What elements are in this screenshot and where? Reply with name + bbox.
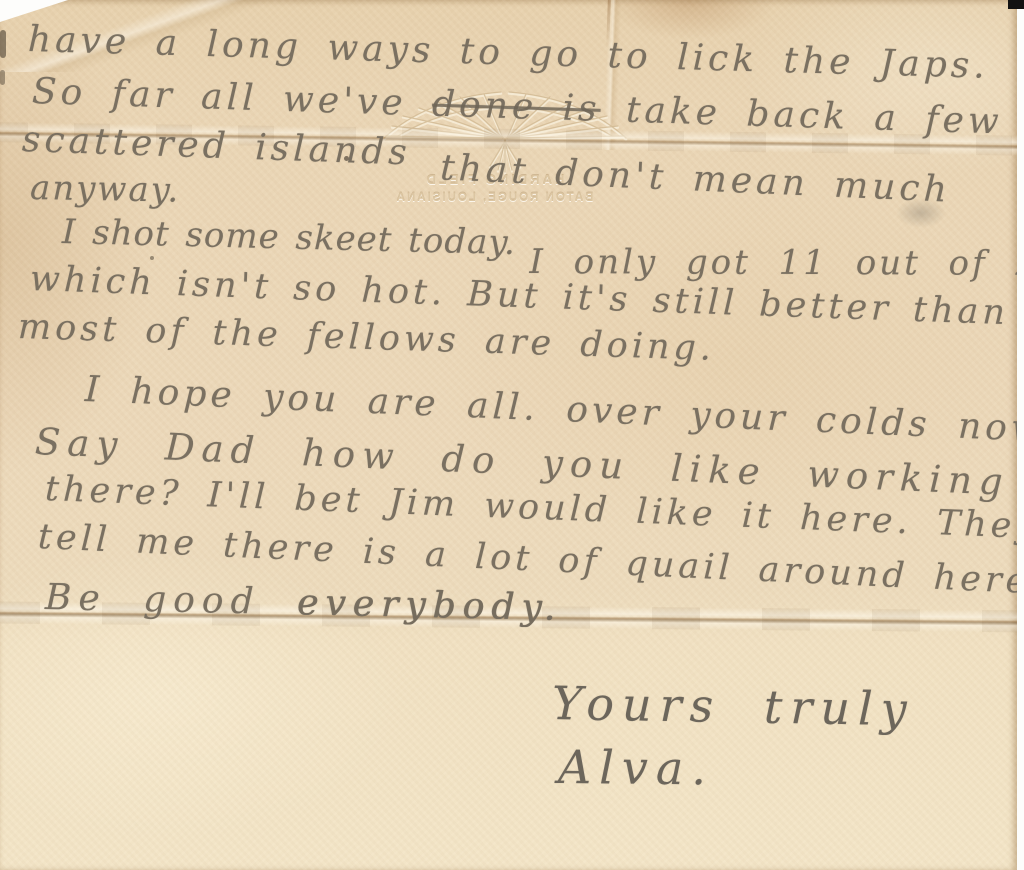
scan-corner-mark: [1008, 0, 1024, 9]
handwritten-line: anyway.: [30, 168, 181, 211]
valediction: Yours truly: [552, 676, 916, 738]
overwritten-text: everybody.: [297, 582, 563, 629]
scan-edge-mark: [0, 30, 6, 58]
scanned-letter: HARDING FIELD BATON ROUGE, LOUISIANA hav…: [0, 0, 1024, 870]
text-segment: Be good: [45, 577, 298, 623]
scan-edge: [1017, 0, 1024, 870]
letter-paper: HARDING FIELD BATON ROUGE, LOUISIANA hav…: [0, 0, 1017, 870]
signature: Alva.: [558, 740, 714, 797]
text-segment: So far all we've: [31, 71, 432, 125]
paper-speck: [150, 256, 154, 260]
text-segment: I shot some skeet today.: [62, 212, 517, 263]
struck-text: done is: [431, 84, 601, 130]
scan-edge-mark: [0, 70, 5, 85]
